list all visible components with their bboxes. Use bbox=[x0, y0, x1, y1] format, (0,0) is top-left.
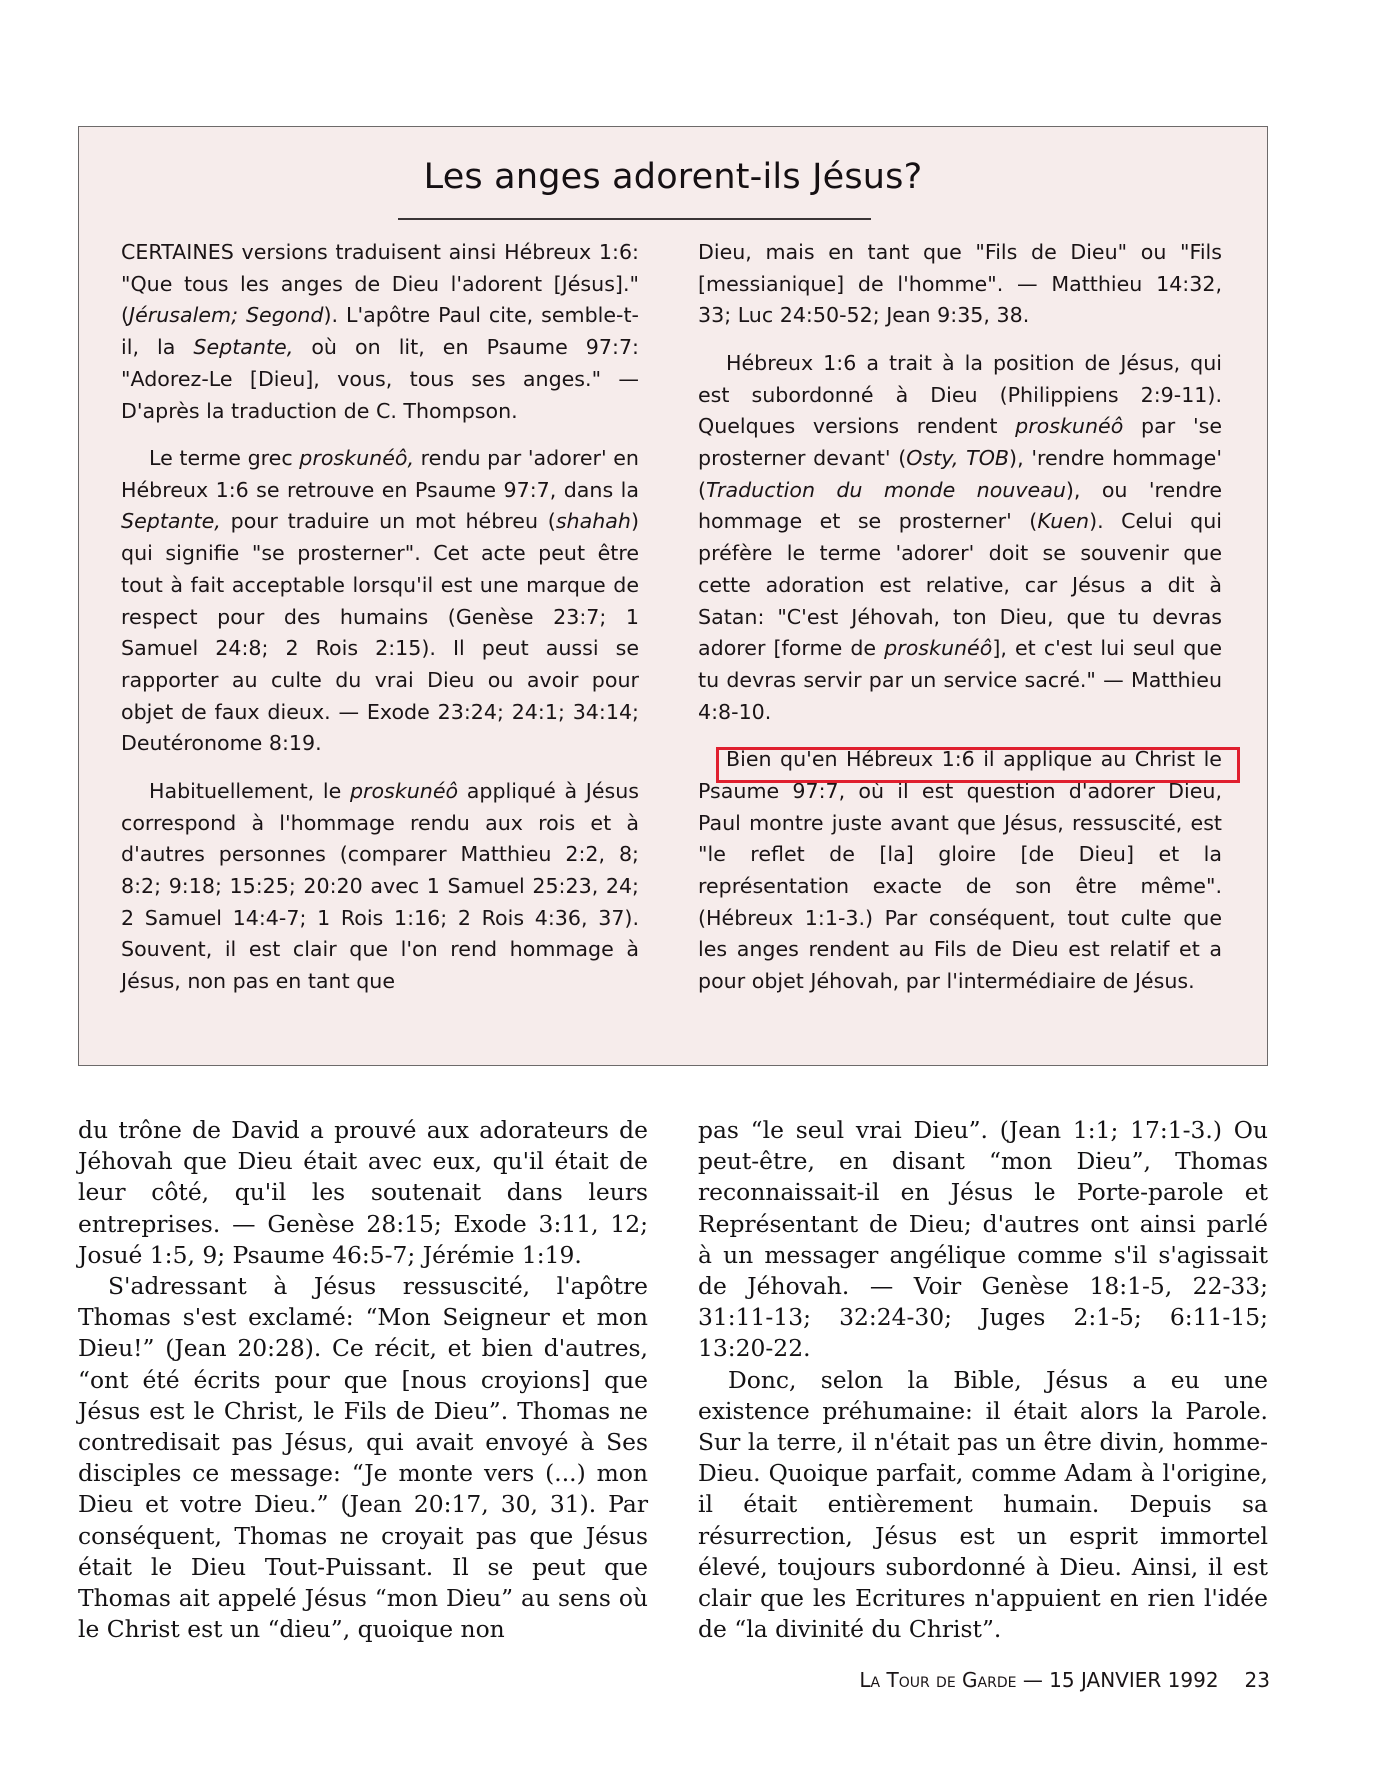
highlighted-text: Bien qu'en Hébreux 1:6 il applique au Ch… bbox=[726, 747, 1195, 771]
sidebar-box: Les anges adorent-ils Jésus? CERTAINES v… bbox=[78, 126, 1268, 1066]
italic-run: proskunéô bbox=[1015, 414, 1123, 438]
italic-run: Kuen bbox=[1037, 509, 1089, 533]
sidebar-left-column: CERTAINES versions traduisent ainsi Hébr… bbox=[121, 237, 639, 1014]
sidebar-right-column: Dieu, mais en tant que "Fils de Dieu" ou… bbox=[698, 237, 1222, 1014]
article-paragraph: Donc, selon la Bible, Jésus a eu une exi… bbox=[698, 1365, 1268, 1646]
italic-run: Traduction du monde nouveau bbox=[706, 478, 1066, 502]
italic-run: Septante, bbox=[193, 335, 293, 359]
sidebar-paragraph: Le terme grec proskunéô, rendu par 'ador… bbox=[121, 443, 639, 760]
sidebar-paragraph: Dieu, mais en tant que "Fils de Dieu" ou… bbox=[698, 237, 1222, 332]
text-run: appliqué à Jésus correspond à l'hommage … bbox=[121, 779, 639, 993]
text-run: le Psaume 97:7, où il est question d'ado… bbox=[698, 747, 1222, 993]
text-run: Habituellement, le bbox=[149, 779, 350, 803]
article-left-column: du trône de David a prouvé aux adorateur… bbox=[78, 1115, 648, 1645]
sidebar-paragraph: Habituellement, le proskunéô appliqué à … bbox=[121, 776, 639, 998]
italic-run: shahah bbox=[556, 509, 631, 533]
italic-run: Jérusalem; Segond bbox=[129, 303, 323, 327]
article-paragraph: S'adressant à Jésus ressuscité, l'apôtre… bbox=[78, 1271, 648, 1645]
text-run: pour traduire un mot hébreu ( bbox=[221, 509, 556, 533]
publication-line: La Tour de Garde — 15 JANVIER 1992 bbox=[859, 1668, 1218, 1692]
sidebar-paragraph: Hébreux 1:6 a trait à la position de Jés… bbox=[698, 348, 1222, 728]
text-run: ) qui signifie "se prosterner". Cet acte… bbox=[121, 509, 639, 755]
sidebar-paragraph: Bien qu'en Hébreux 1:6 il applique au Ch… bbox=[698, 744, 1222, 998]
sidebar-paragraph: CERTAINES versions traduisent ainsi Hébr… bbox=[121, 237, 639, 427]
italic-run: proskunéô bbox=[884, 636, 992, 660]
article-paragraph: du trône de David a prouvé aux adorateur… bbox=[78, 1115, 648, 1271]
title-divider bbox=[398, 218, 871, 220]
article-right-column: pas “le seul vrai Dieu”. (Jean 1:1; 17:1… bbox=[698, 1115, 1268, 1645]
page-number: 23 bbox=[1245, 1668, 1270, 1692]
text-run: Dieu, mais en tant que "Fils de Dieu" ou… bbox=[698, 240, 1222, 327]
italic-run: Septante, bbox=[121, 509, 221, 533]
sidebar-title: Les anges adorent-ils Jésus? bbox=[79, 157, 1267, 197]
text-run: Le terme grec bbox=[149, 446, 299, 470]
italic-run: proskunéô bbox=[350, 779, 458, 803]
italic-run: Osty, TOB bbox=[906, 446, 1009, 470]
italic-run: proskunéô, bbox=[299, 446, 414, 470]
article-paragraph: pas “le seul vrai Dieu”. (Jean 1:1; 17:1… bbox=[698, 1115, 1268, 1365]
lead-word: CERTAINES bbox=[121, 240, 234, 264]
page-footer: La Tour de Garde — 15 JANVIER 1992 23 bbox=[830, 1668, 1270, 1692]
